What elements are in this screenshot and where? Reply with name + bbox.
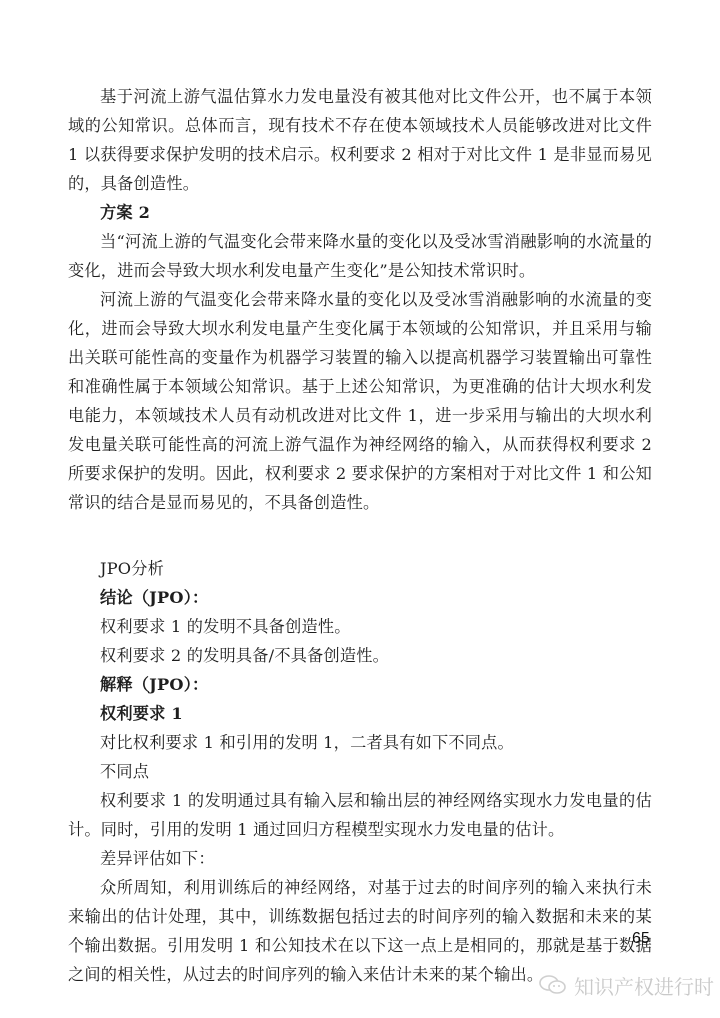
paragraph-scheme2-premise: 当“河流上游的气温变化会带来降水量的变化以及受冰雪消融影响的水流量的变化，进而会… — [68, 227, 652, 285]
document-page: 基于河流上游气温估算水力发电量没有被其他对比文件公开，也不属于本领域的公知常识。… — [68, 82, 652, 989]
heading-explanation: 解释（JPO）： — [68, 670, 652, 699]
heading-conclusion: 结论（JPO）： — [68, 583, 652, 612]
conclusion-claim-1: 权利要求 1 的发明不具备创造性。 — [68, 612, 652, 641]
spacer — [68, 517, 652, 554]
heading-scheme-2: 方案 2 — [68, 198, 652, 227]
paragraph-comparison: 对比权利要求 1 和引用的发明 1，二者具有如下不同点。 — [68, 728, 652, 757]
paragraph-scheme1-conclusion: 基于河流上游气温估算水力发电量没有被其他对比文件公开，也不属于本领域的公知常识。… — [68, 82, 652, 198]
label-difference: 不同点 — [68, 757, 652, 786]
watermark: 知识产权进行时 — [538, 972, 714, 998]
heading-jpo-analysis: JPO分析 — [68, 554, 652, 583]
label-evaluation: 差异评估如下： — [68, 844, 652, 873]
paragraph-difference: 权利要求 1 的发明通过具有输入层和输出层的神经网络实现水力发电量的估计。同时，… — [68, 786, 652, 844]
wechat-icon — [538, 974, 568, 996]
watermark-text: 知识产权进行时 — [574, 971, 714, 1000]
heading-claim-1: 权利要求 1 — [68, 699, 652, 728]
page-number: 65 — [632, 930, 650, 948]
paragraph-scheme2-analysis: 河流上游的气温变化会带来降水量的变化以及受冰雪消融影响的水流量的变化，进而会导致… — [68, 285, 652, 517]
conclusion-claim-2: 权利要求 2 的发明具备/不具备创造性。 — [68, 641, 652, 670]
